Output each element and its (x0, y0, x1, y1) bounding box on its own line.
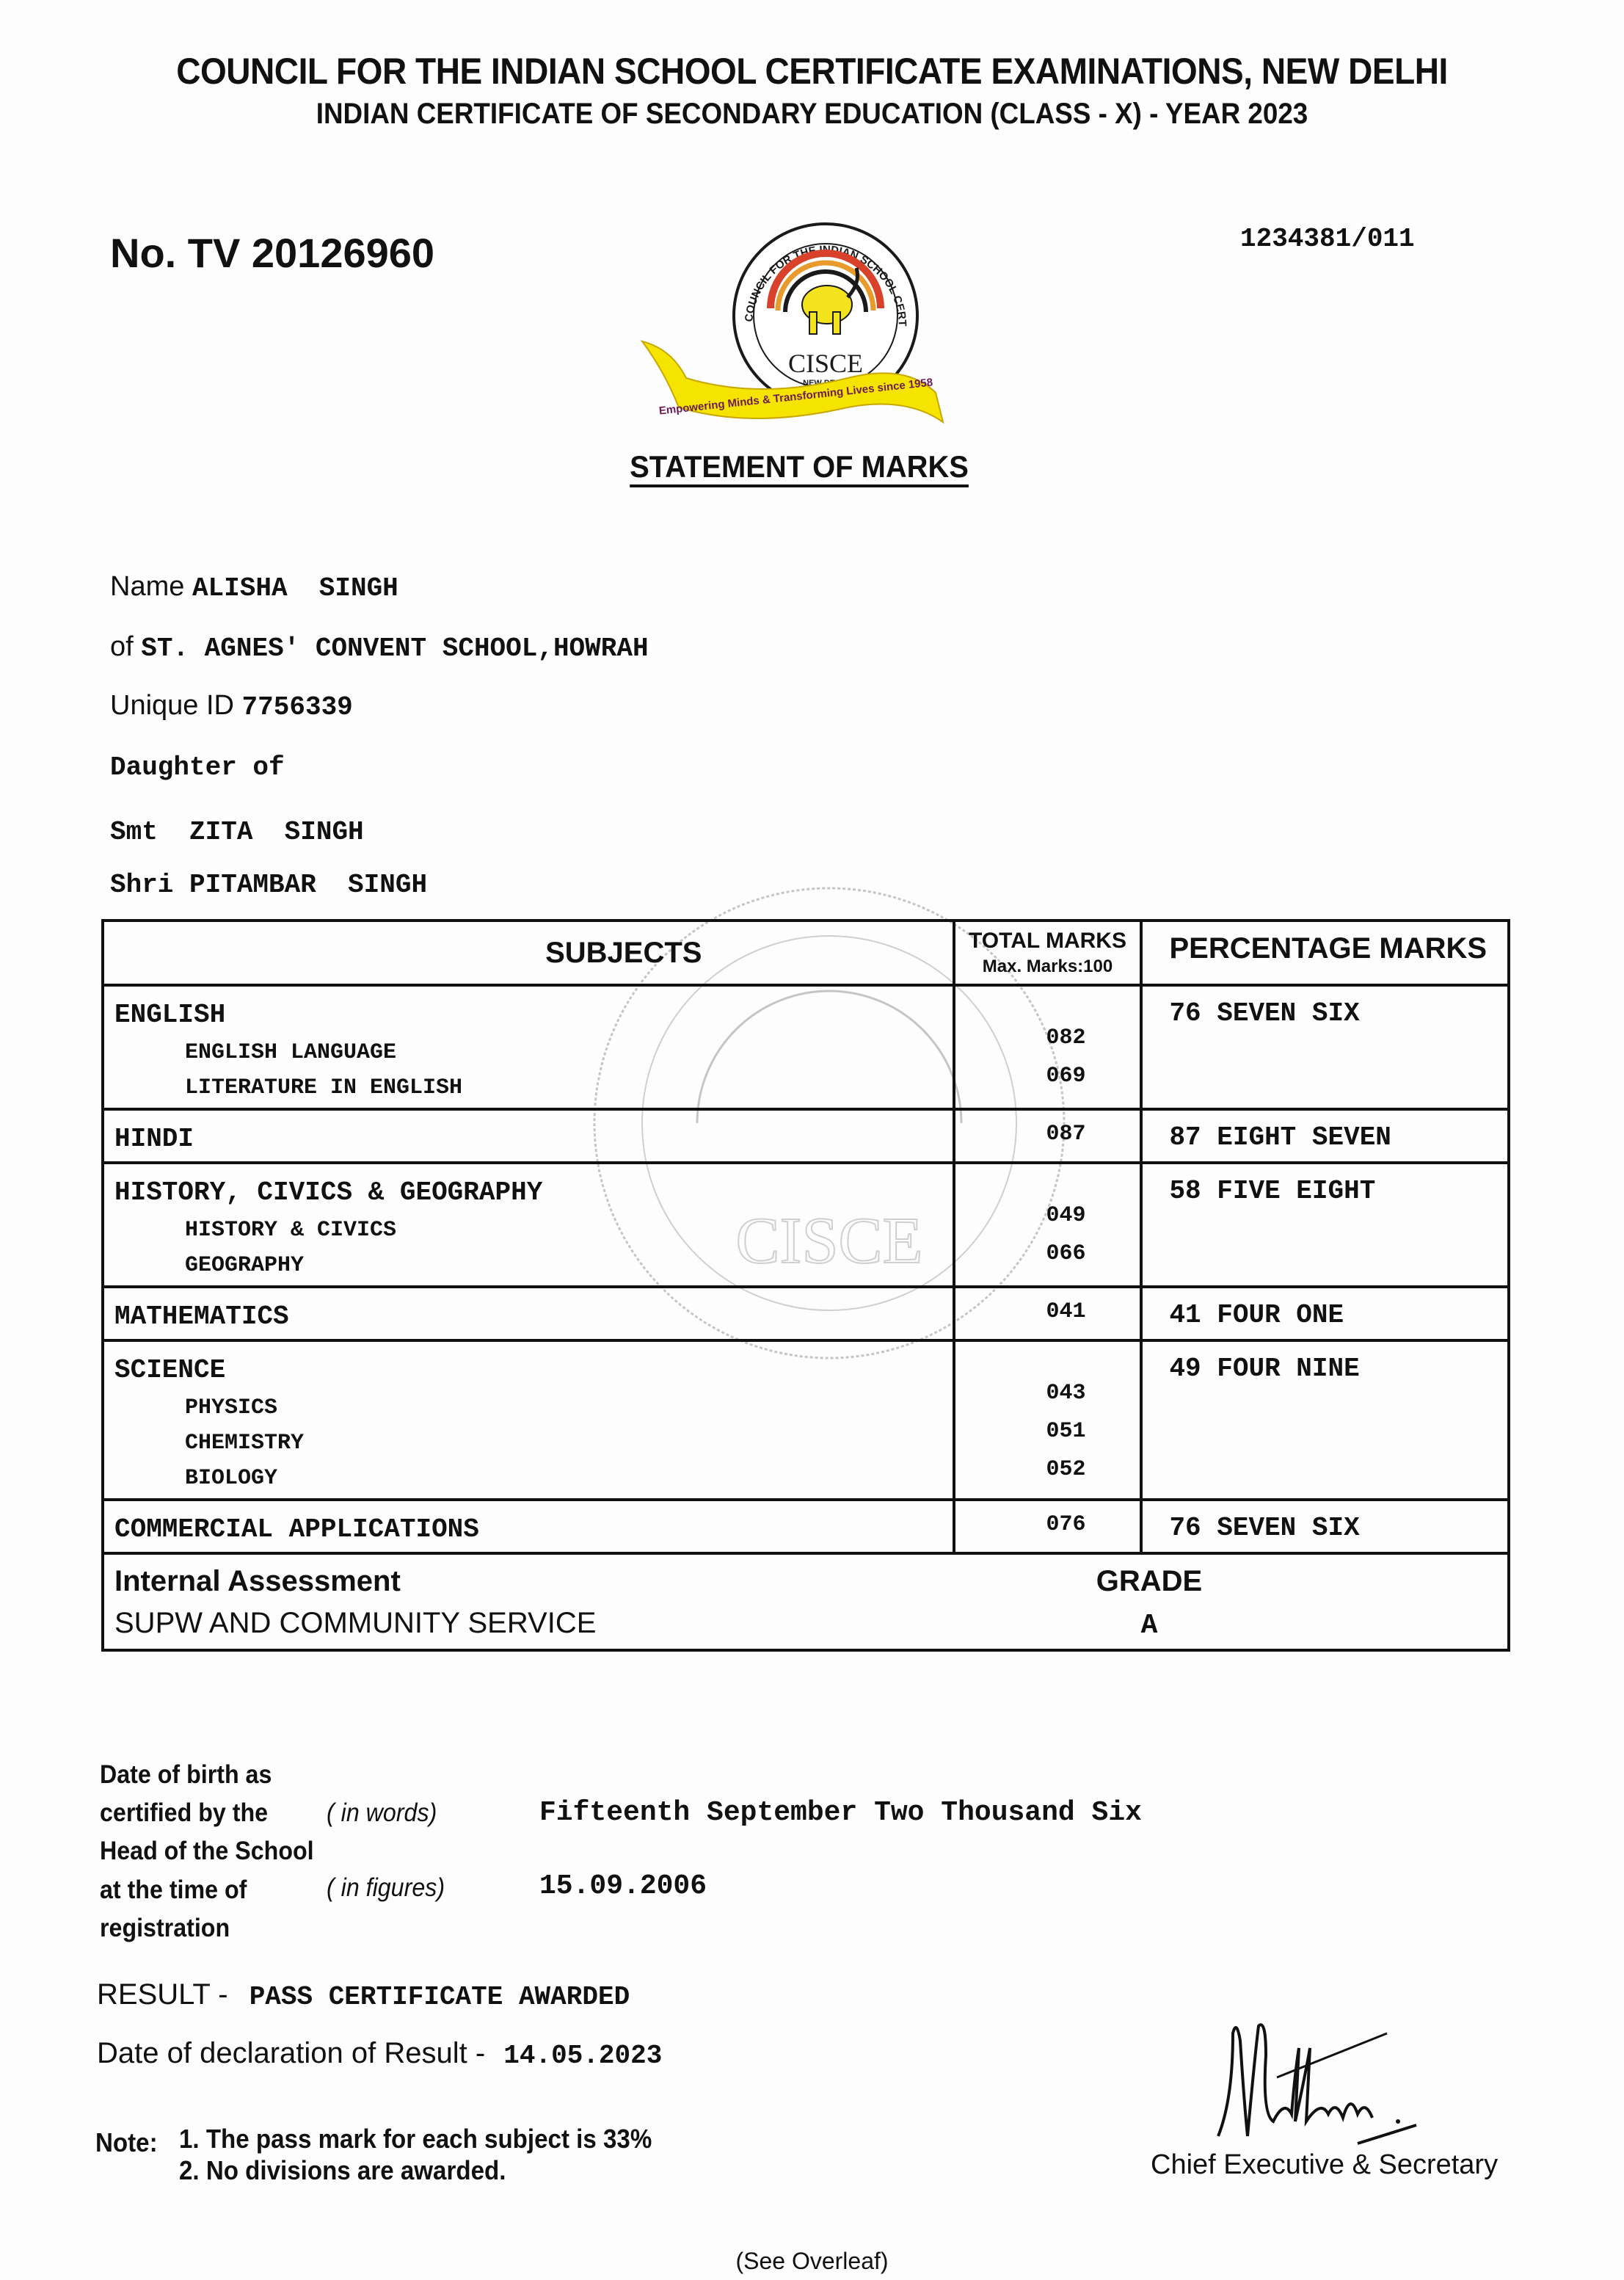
total-cell: 087 (954, 1109, 1142, 1163)
total-cell: 049066 (954, 1163, 1142, 1287)
table-row: COMMERCIAL APPLICATIONS07676 SEVEN SIX (103, 1500, 1509, 1553)
total-cell: 041 (954, 1287, 1142, 1340)
candidate-name: ALISHA SINGH (192, 573, 398, 603)
percentage-cell: 49 FOUR NINE (1141, 1340, 1509, 1500)
mother-name: Smt ZITA SINGH (110, 817, 364, 847)
subject-cell: ENGLISHENGLISH LANGUAGELITERATURE IN ENG… (103, 985, 954, 1109)
relation-row: Daughter of (110, 750, 285, 783)
header-total-marks: TOTAL MARKS Max. Marks:100 (954, 921, 1142, 985)
uid-value: 7756339 (242, 692, 353, 722)
marks-table: SUBJECTS TOTAL MARKS Max. Marks:100 PERC… (101, 919, 1510, 1652)
subject-name: SCIENCE (104, 1342, 953, 1385)
school-name: ST. AGNES' CONVENT SCHOOL,HOWRAH (141, 633, 648, 664)
declaration-label: Date of declaration of Result - (97, 2037, 485, 2069)
dob-label-line-2: certified by the (100, 1798, 268, 1828)
signature-icon (1204, 2011, 1446, 2158)
percentage-value: 58 FIVE EIGHT (1143, 1164, 1507, 1206)
dob-label-line-4: at the time of (100, 1876, 247, 1905)
component-name: GEOGRAPHY (104, 1243, 953, 1278)
internal-assessment-cell: Internal Assessment SUPW AND COMMUNITY S… (103, 1553, 1509, 1650)
table-row: SCIENCEPHYSICSCHEMISTRYBIOLOGY0430510524… (103, 1340, 1509, 1500)
header-subjects: SUBJECTS (103, 921, 954, 985)
cisce-logo-icon: COUNCIL FOR THE INDIAN SCHOOL CERTIFICAT… (627, 180, 1009, 429)
dob-words-hint: ( in words) (327, 1798, 437, 1828)
subject-cell: HINDI (103, 1109, 954, 1163)
subject-cell: HISTORY, CIVICS & GEOGRAPHYHISTORY & CIV… (103, 1163, 954, 1287)
component-name: BIOLOGY (104, 1456, 953, 1491)
uid-label: Unique ID (110, 690, 234, 721)
percentage-value: 76 SEVEN SIX (1143, 987, 1507, 1028)
subject-cell: MATHEMATICS (103, 1287, 954, 1340)
grade-header: GRADE (1054, 1565, 1245, 1598)
exam-title: INDIAN CERTIFICATE OF SECONDARY EDUCATIO… (65, 98, 1559, 131)
candidate-name-row: Name ALISHA SINGH (110, 571, 398, 603)
declaration-row: Date of declaration of Result - 14.05.20… (97, 2037, 662, 2071)
table-row: HINDI08787 EIGHT SEVEN (103, 1109, 1509, 1163)
percentage-value: 41 FOUR ONE (1143, 1288, 1507, 1330)
note-item-2: 2. No divisions are awarded. (179, 2155, 506, 2186)
internal-assessment-row: Internal Assessment SUPW AND COMMUNITY S… (103, 1553, 1509, 1650)
see-overleaf-note: (See Overleaf) (0, 2248, 1624, 2275)
note-item-1: 1. The pass mark for each subject is 33% (179, 2124, 652, 2154)
component-name: CHEMISTRY (104, 1420, 953, 1456)
component-total: 043 (955, 1374, 1140, 1412)
document-title: STATEMENT OF MARKS (630, 449, 969, 484)
father-row: Shri PITAMBAR SINGH (110, 868, 427, 900)
percentage-cell: 76 SEVEN SIX (1141, 1500, 1509, 1553)
component-name: LITERATURE IN ENGLISH (104, 1065, 953, 1100)
table-row: HISTORY, CIVICS & GEOGRAPHYHISTORY & CIV… (103, 1163, 1509, 1287)
percentage-value: 49 FOUR NINE (1143, 1342, 1507, 1384)
subject-total: 076 (955, 1506, 1140, 1544)
grade-value: A (1054, 1610, 1245, 1641)
declaration-date: 14.05.2023 (503, 2041, 662, 2071)
component-total: 069 (955, 1057, 1140, 1095)
uid-row: Unique ID 7756339 (110, 690, 353, 722)
table-row: MATHEMATICS04141 FOUR ONE (103, 1287, 1509, 1340)
subject-name: HINDI (104, 1111, 953, 1154)
note-label: Note: (95, 2127, 158, 2158)
subject-name: HISTORY, CIVICS & GEOGRAPHY (104, 1164, 953, 1208)
percentage-cell: 76 SEVEN SIX (1141, 985, 1509, 1109)
school-label: of (110, 631, 134, 662)
component-total: 051 (955, 1412, 1140, 1451)
percentage-cell: 41 FOUR ONE (1141, 1287, 1509, 1340)
total-cell: 076 (954, 1500, 1142, 1553)
subject-name: ENGLISH (104, 987, 953, 1030)
council-title: COUNCIL FOR THE INDIAN SCHOOL CERTIFICAT… (65, 50, 1559, 92)
ia-title: Internal Assessment (114, 1565, 1054, 1598)
relation-label: Daughter of (110, 752, 285, 783)
result-label: RESULT - (97, 1978, 228, 2011)
component-total: 082 (955, 1019, 1140, 1057)
subject-total: 087 (955, 1115, 1140, 1153)
svg-text:CISCE: CISCE (788, 349, 863, 378)
header-percentage: PERCENTAGE MARKS (1141, 921, 1509, 985)
ia-subject: SUPW AND COMMUNITY SERVICE (114, 1607, 1054, 1640)
dob-label-line-1: Date of birth as (100, 1760, 272, 1790)
component-name: HISTORY & CIVICS (104, 1208, 953, 1243)
result-row: RESULT - PASS CERTIFICATE AWARDED (97, 1978, 630, 2012)
dob-in-figures: 15.09.2006 (539, 1870, 707, 1902)
dob-figures-hint: ( in figures) (327, 1873, 445, 1903)
component-name: PHYSICS (104, 1385, 953, 1420)
component-total: 049 (955, 1197, 1140, 1235)
dob-label-line-3: Head of the School (100, 1837, 314, 1866)
header-total-label: TOTAL MARKS (955, 929, 1140, 954)
school-row: of ST. AGNES' CONVENT SCHOOL,HOWRAH (110, 631, 649, 664)
serial-number: 1234381/011 (1240, 224, 1415, 254)
subject-cell: COMMERCIAL APPLICATIONS (103, 1500, 954, 1553)
subject-cell: SCIENCEPHYSICSCHEMISTRYBIOLOGY (103, 1340, 954, 1500)
certificate-number: No. TV 20126960 (110, 229, 434, 277)
component-name: ENGLISH LANGUAGE (104, 1030, 953, 1065)
component-total: 066 (955, 1235, 1140, 1273)
father-name: Shri PITAMBAR SINGH (110, 870, 427, 900)
signatory-title: Chief Executive & Secretary (1151, 2149, 1498, 2181)
component-total: 052 (955, 1451, 1140, 1489)
total-cell: 082069 (954, 985, 1142, 1109)
table-row: ENGLISHENGLISH LANGUAGELITERATURE IN ENG… (103, 985, 1509, 1109)
percentage-cell: 87 EIGHT SEVEN (1141, 1109, 1509, 1163)
table-header-row: SUBJECTS TOTAL MARKS Max. Marks:100 PERC… (103, 921, 1509, 985)
dob-label-line-5: registration (100, 1914, 230, 1943)
total-cell: 043051052 (954, 1340, 1142, 1500)
percentage-cell: 58 FIVE EIGHT (1141, 1163, 1509, 1287)
subject-total: 041 (955, 1293, 1140, 1331)
mother-row: Smt ZITA SINGH (110, 815, 364, 847)
subject-name: MATHEMATICS (104, 1288, 953, 1332)
dob-in-words: Fifteenth September Two Thousand Six (539, 1797, 1142, 1829)
result-value: PASS CERTIFICATE AWARDED (250, 1982, 630, 2012)
header-max-marks: Max. Marks:100 (955, 956, 1140, 977)
percentage-value: 87 EIGHT SEVEN (1143, 1111, 1507, 1152)
name-label: Name (110, 571, 184, 602)
percentage-value: 76 SEVEN SIX (1143, 1501, 1507, 1543)
subject-name: COMMERCIAL APPLICATIONS (104, 1501, 953, 1544)
